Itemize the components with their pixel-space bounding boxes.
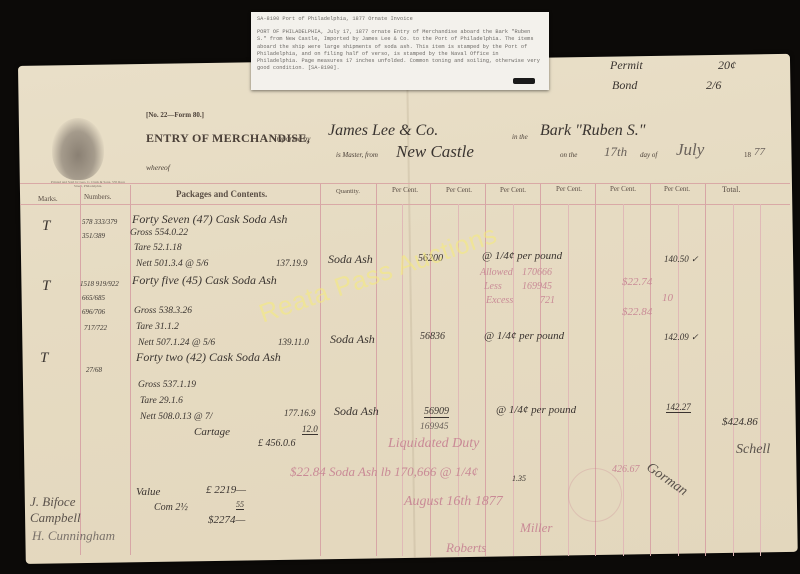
rule-top	[20, 183, 790, 184]
entry-nett: Nett 508.0.13 @ 7/	[140, 412, 212, 422]
col-rule-pc5	[650, 184, 651, 556]
entry-commodity: Soda Ash	[334, 404, 379, 419]
value-label: Value	[136, 486, 160, 498]
entry-tare: Tare 29.1.6	[140, 396, 183, 406]
commission-value: 55	[236, 500, 244, 510]
entry-rate: @ 1/4¢ per pound	[482, 250, 562, 262]
sterling-total: £ 456.0.6	[258, 438, 296, 449]
bond-value: 2/6	[706, 78, 721, 93]
col-rule-pc3	[540, 184, 541, 556]
month-value: July	[676, 140, 704, 160]
entry-mark: T	[42, 218, 50, 235]
liquidation-date: August 16th 1877	[404, 494, 503, 510]
entry-mark: T	[42, 278, 50, 295]
rule-header-bottom	[20, 204, 790, 205]
sub-rule	[733, 204, 734, 556]
less-label: Less	[484, 281, 502, 292]
entry-rate: @ 1/4¢ per pound	[496, 404, 576, 416]
faded-stamp	[568, 468, 622, 522]
signature-right-2: Schell	[736, 442, 770, 458]
entry-numbers: 1518 919/922	[80, 280, 119, 288]
quantity-sum: 169945	[420, 422, 449, 432]
entry-gross: Gross 554.0.22	[130, 228, 188, 238]
header-total: Total.	[722, 185, 740, 194]
day-value: 17th	[604, 144, 627, 160]
card-title: SA-8190 Port of Philadelphia, 1877 Ornat…	[257, 16, 543, 23]
header-per-cent-6: Per Cent.	[664, 185, 690, 193]
excess-label: Excess	[486, 295, 513, 306]
signature-miller: Miller	[520, 520, 553, 536]
header-per-cent-3: Per Cent.	[500, 186, 526, 194]
permit-label: Permit	[610, 58, 643, 73]
header-per-cent-4: Per Cent.	[556, 185, 582, 193]
entry-total: 142.27	[666, 402, 691, 413]
vessel-name: Bark "Ruben S."	[540, 122, 645, 140]
col-rule-quantity	[376, 184, 377, 556]
entry-nett: Nett 507.1.24 @ 5/6	[138, 338, 215, 348]
card-body: PORT OF PHILADELPHIA, July 17, 1877 orna…	[257, 29, 543, 72]
signature-left-1: J. Bifoce	[30, 494, 75, 510]
year-prefix: 18	[744, 151, 751, 159]
excess-value: 721	[540, 295, 555, 306]
header-per-cent-2: Per Cent.	[446, 186, 472, 194]
entry-gross: Gross 537.1.19	[138, 380, 196, 390]
header-marks: Marks.	[38, 195, 58, 203]
origin-port: New Castle	[396, 142, 474, 162]
entry-numbers: 717/722	[84, 324, 107, 332]
header-packages: Packages and Contents.	[176, 189, 267, 199]
signature-roberts: Roberts	[446, 540, 486, 556]
in-the-label: in the	[512, 133, 528, 141]
entry-quantity: 56836	[420, 331, 445, 342]
entry-description: Forty two (42) Cask Soda Ash	[136, 350, 281, 365]
entry-nett: Nett 501.3.4 @ 5/6	[136, 259, 208, 269]
sub-rule	[623, 204, 624, 556]
cartage-label: Cartage	[194, 426, 230, 438]
year-value: 77	[754, 146, 765, 158]
less-value: 169945	[522, 281, 552, 292]
importer-name: James Lee & Co.	[328, 122, 438, 140]
entry-sterling: 139.11.0	[278, 337, 309, 347]
permit-value: 20¢	[718, 58, 736, 73]
dollars-2: 10	[662, 292, 673, 304]
entry-numbers: 665/685	[82, 294, 105, 302]
header-quantity: Quantity.	[336, 188, 360, 195]
entry-mark: T	[40, 350, 48, 367]
col-rule-pc6	[705, 184, 706, 556]
on-the-label: on the	[560, 151, 577, 159]
signature-left-3: H. Cunningham	[32, 528, 115, 544]
entry-gross: Gross 538.3.26	[134, 306, 192, 316]
header-numbers: Numbers.	[84, 193, 111, 201]
entry-tare: Tare 31.1.2	[136, 322, 179, 332]
header-per-cent-1: Per Cent.	[392, 186, 418, 194]
sub-rule	[760, 204, 761, 556]
tape-mark	[513, 78, 535, 84]
liquidation-line: $22.84 Soda Ash lb 170,666 @ 1/4¢	[290, 464, 478, 480]
col-rule-packages	[320, 184, 321, 556]
value-total: $2274—	[208, 514, 245, 526]
master-label: is Master, from	[336, 151, 378, 159]
entry-description: Forty Seven (47) Cask Soda Ash	[132, 212, 287, 227]
liquidation-note: 1.35	[512, 474, 526, 483]
signature-left-2: Campbell	[30, 510, 81, 526]
grand-total: $424.86	[722, 416, 758, 428]
entry-sterling: 137.19.9	[276, 258, 308, 268]
entry-numbers: 578 333/379	[82, 218, 117, 226]
entry-total: 140.50 ✓	[664, 254, 699, 265]
auction-description-card: SA-8190 Port of Philadelphia, 1877 Ornat…	[251, 12, 549, 90]
dollars-3: $22.84	[622, 306, 652, 318]
col-rule-numbers	[130, 185, 131, 555]
printer-caption: Printed and Sold by Geo. C. Clark & Sons…	[48, 180, 128, 188]
imported-by-label: Imported by	[274, 134, 310, 143]
day-of-label: day of	[640, 151, 657, 159]
commission-label: Com 2½	[154, 502, 188, 513]
entry-sterling: 177.16.9	[284, 408, 316, 418]
value-amount: £ 2219—	[206, 484, 246, 496]
entry-rate: @ 1/4¢ per pound	[484, 330, 564, 342]
liquidation-amount: 426.67	[612, 464, 640, 475]
allowed-value: 170666	[522, 267, 552, 278]
entry-numbers: 27/68	[86, 366, 102, 374]
dollars-1: $22.74	[622, 276, 652, 288]
bond-label: Bond	[612, 78, 637, 93]
entry-commodity: Soda Ash	[330, 332, 375, 347]
cartage-value: 12.0	[302, 424, 318, 435]
whereof-label: whereof	[146, 163, 170, 172]
header-per-cent-5: Per Cent.	[610, 185, 636, 193]
entry-numbers: 351/389	[82, 232, 105, 240]
ship-engraving-icon	[52, 118, 104, 180]
allowed-label: Allowed	[480, 267, 513, 278]
entry-quantity: 56909	[424, 406, 449, 418]
liquidated-duty-heading: Liquidated Duty	[388, 436, 479, 452]
entry-numbers: 696/706	[82, 308, 105, 316]
form-number: [No. 22—Form 80.]	[146, 111, 204, 119]
entry-total: 142.09 ✓	[664, 332, 699, 343]
entry-tare: Tare 52.1.18	[134, 243, 182, 253]
col-rule-marks	[80, 185, 81, 555]
entry-description: Forty five (45) Cask Soda Ash	[132, 273, 277, 288]
